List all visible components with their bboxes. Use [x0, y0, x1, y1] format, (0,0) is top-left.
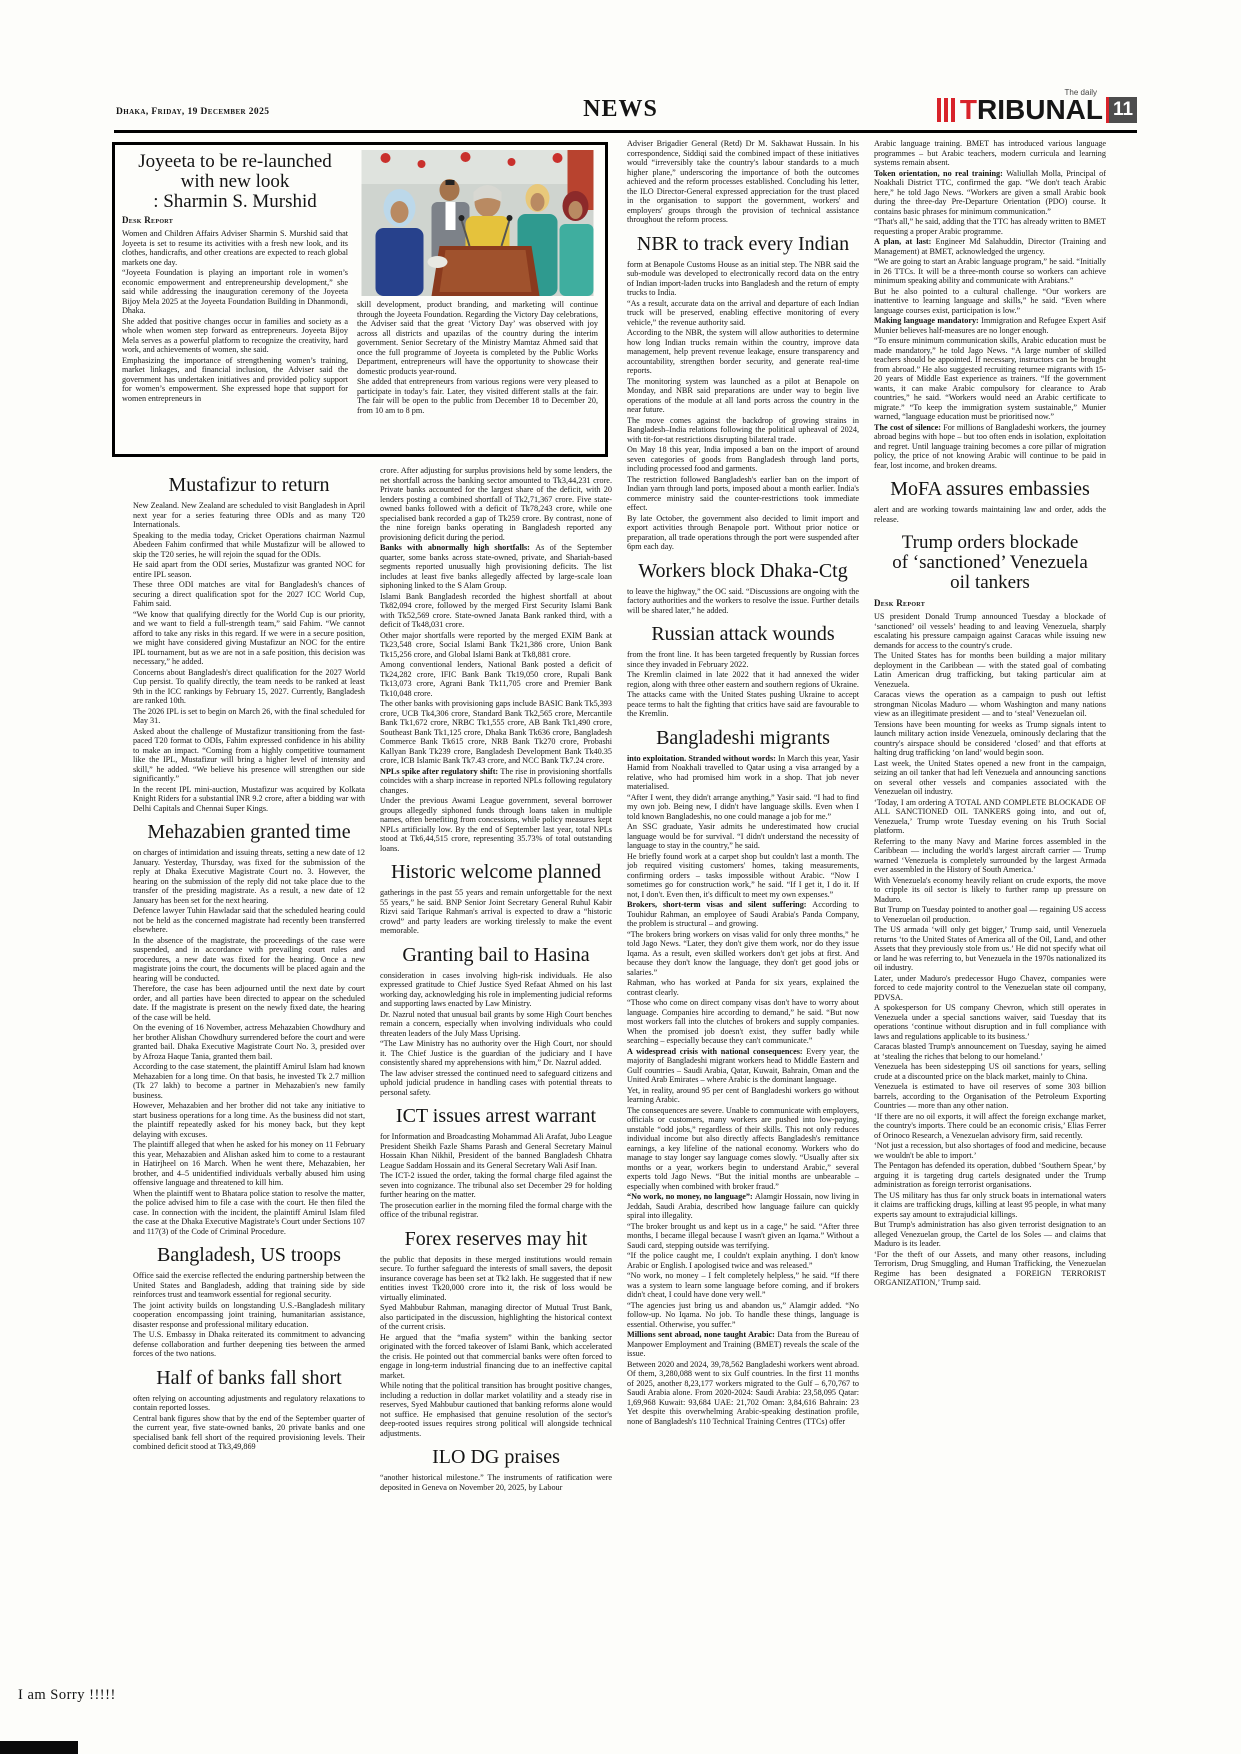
brand-name: TRIBUNAL: [960, 97, 1103, 123]
paragraph: Dr. Nazrul noted that unusual bail grant…: [380, 1010, 612, 1039]
paragraph: Under the previous Awami League governme…: [380, 796, 612, 853]
content-grid: Joyeeta to be re-launched with new look …: [133, 139, 1109, 1496]
paragraph: ‘If there are no oil exports, it will af…: [874, 1112, 1106, 1141]
paragraph: Referring to the many Navy and Marine fo…: [874, 837, 1106, 875]
paragraph: Brokers, short-term visas and silent suf…: [627, 900, 859, 929]
ilo-dg-body: “another historical milestone.” The inst…: [380, 1473, 612, 1492]
paragraph: gatherings in the past 55 years and rema…: [380, 888, 612, 936]
paragraph: When the plaintiff went to Bhatara polic…: [133, 1189, 365, 1237]
paragraph: He briefly found work at a carpet shop b…: [627, 852, 859, 900]
paragraph: The cost of silence: For millions of Ban…: [874, 423, 1106, 471]
migrants-headline: Bangladeshi migrants: [631, 728, 855, 749]
paragraph: form at Benapole Customs House as an ini…: [627, 260, 859, 298]
paragraph: “No work, no money, no language”: Alamgi…: [627, 1192, 859, 1221]
ilo-cont-body: Adviser Brigadier General (Retd) Dr M. S…: [627, 139, 859, 225]
paragraph: A spokesperson for US company Chevron, w…: [874, 1003, 1106, 1041]
paragraph: ‘Not just a recession, but also shortage…: [874, 1141, 1106, 1160]
workers-block-headline: Workers block Dhaka-Ctg: [631, 561, 855, 582]
article-ilo-continuation: Adviser Brigadier General (Retd) Dr M. S…: [627, 139, 859, 225]
paragraph: Islami Bank Bangladesh recorded the high…: [380, 592, 612, 630]
joyeeta-event-photo: [357, 150, 598, 296]
article-us-troops: Bangladesh, US troops Office said the ex…: [133, 1245, 365, 1359]
paragraph: The attacks came with the United States …: [627, 690, 859, 719]
nbr-body: form at Benapole Customs House as an ini…: [627, 260, 859, 552]
paragraph: Among conventional lenders, National Ban…: [380, 660, 612, 698]
paragraph: The other banks with provisioning gaps i…: [380, 699, 612, 766]
mofa-headline: MoFA assures embassies: [878, 479, 1102, 500]
paragraph: Tensions have been mounting for weeks as…: [874, 720, 1106, 758]
paragraph: Arabic language training. BMET has intro…: [874, 139, 1106, 168]
historic-welcome-body: gatherings in the past 55 years and rema…: [380, 888, 612, 936]
russian-attack-body: from the front line. It has been targete…: [627, 650, 859, 719]
ict-warrant-body: for Information and Broadcasting Mohamma…: [380, 1132, 612, 1220]
paragraph: Making language mandatory: Immigration a…: [874, 316, 1106, 335]
paragraph: According to the case statement, the pla…: [133, 1062, 365, 1100]
paragraph: While noting that the political transiti…: [380, 1381, 612, 1438]
paragraph: Yet, in reality, around 95 per cent of B…: [627, 1086, 859, 1105]
paragraph: The monitoring system was launched as a …: [627, 377, 859, 415]
paragraph: Office said the exercise reflected the e…: [133, 1271, 365, 1300]
hasina-bail-headline: Granting bail to Hasina: [384, 945, 608, 966]
paragraph: By late October, the government also dec…: [627, 514, 859, 552]
workers-block-body: to leave the highway,” the OC said. “Dis…: [627, 587, 859, 616]
paragraph: According to the NBR, the system will al…: [627, 328, 859, 376]
article-russian-attack: Russian attack wounds from the front lin…: [627, 624, 859, 719]
paragraph: “After I went, they didn't arrange anyth…: [627, 793, 859, 822]
arabic-cont-body: Arabic language training. BMET has intro…: [874, 139, 1106, 470]
paragraph: into exploitation. Stranded without word…: [627, 754, 859, 792]
joyeeta-body-left: Women and Children Affairs Adviser Sharm…: [122, 229, 348, 403]
russian-attack-headline: Russian attack wounds: [631, 624, 855, 645]
paragraph: With Venezuela's economy heavily reliant…: [874, 876, 1106, 905]
paragraph: Between 2020 and 2024, 39,78,562 Banglad…: [627, 1360, 859, 1427]
paragraph: from the front line. It has been targete…: [627, 650, 859, 669]
ilo-dg-headline: ILO DG praises: [384, 1447, 608, 1468]
paragraph: The plaintiff alleged that when he asked…: [133, 1140, 365, 1188]
column-4: Arabic language training. BMET has intro…: [874, 139, 1106, 1496]
mustafizur-headline: Mustafizur to return: [137, 475, 361, 496]
paragraph: The Kremlin claimed in late 2022 that it…: [627, 670, 859, 689]
newspaper-page: Dhaka, Friday, 19 December 2025 NEWS The…: [0, 0, 1241, 1754]
article-arabic-continuation: Arabic language training. BMET has intro…: [874, 139, 1106, 470]
paragraph: NPLs spike after regulatory shift: The r…: [380, 767, 612, 796]
paragraph: “No work, no money – I felt completely h…: [627, 1271, 859, 1300]
article-banks-short: Half of banks fall short often relying o…: [133, 1368, 365, 1452]
migrants-body: into exploitation. Stranded without word…: [627, 754, 859, 1427]
page-number-badge: 11: [1106, 97, 1137, 123]
ict-warrant-headline: ICT issues arrest warrant: [384, 1106, 608, 1127]
column-3: Adviser Brigadier General (Retd) Dr M. S…: [627, 139, 859, 1496]
paragraph: Therefore, the case has been adjourned u…: [133, 984, 365, 1022]
article-joyeeta-left: Joyeeta to be re-launched with new look …: [122, 150, 348, 449]
paragraph: for Information and Broadcasting Mohamma…: [380, 1132, 612, 1170]
banks-cont-body: crore. After adjusting for surplus provi…: [380, 466, 612, 853]
banks-short-body: often relying on accounting adjustments …: [133, 1394, 365, 1452]
paragraph: On the evening of 16 November, actress M…: [133, 1023, 365, 1061]
historic-welcome-headline: Historic welcome planned: [384, 862, 608, 883]
paragraph: Asked about the challenge of Mustafizur …: [133, 727, 365, 784]
article-ict-warrant: ICT issues arrest warrant for Informatio…: [380, 1106, 612, 1220]
paragraph: Defence lawyer Tuhin Hawladar said that …: [133, 906, 365, 935]
paragraph: Women and Children Affairs Adviser Sharm…: [122, 229, 348, 267]
paragraph: However, Mehazabien and her brother did …: [133, 1101, 365, 1139]
paragraph: The Pentagon has defended its operation,…: [874, 1161, 1106, 1190]
paragraph: An SSC graduate, Yasir admits he underes…: [627, 822, 859, 851]
joyeeta-headline: Joyeeta to be re-launched with new look …: [122, 152, 348, 212]
brand-stripe-icon: [937, 98, 957, 122]
paragraph: on charges of intimidation and issuing t…: [133, 848, 365, 905]
paragraph: Caracas views the operation as a campaig…: [874, 690, 1106, 719]
paragraph: “To ensure minimum communication skills,…: [874, 336, 1106, 422]
paragraph: “Those who come on direct company visas …: [627, 998, 859, 1046]
article-hasina-bail: Granting bail to Hasina consideration in…: [380, 945, 612, 1098]
forex-headline: Forex reserves may hit: [384, 1229, 608, 1250]
paragraph: The restriction followed Bangladesh's ea…: [627, 475, 859, 513]
paragraph: But he also pointed to a cultural challe…: [874, 287, 1106, 316]
paragraph: Concerns about Bangladesh's direct quali…: [133, 668, 365, 706]
paragraph: These three ODI matches are vital for Ba…: [133, 580, 365, 609]
paragraph: Venezuela has been sidestepping US oil s…: [874, 1062, 1106, 1081]
paragraph: In the recent IPL mini-auction, Mustafiz…: [133, 785, 365, 814]
banks-short-headline: Half of banks fall short: [137, 1368, 361, 1389]
paragraph: The US military has thus far only struck…: [874, 1191, 1106, 1220]
paragraph: The United States has for months been bu…: [874, 651, 1106, 689]
paragraph: consideration in cases involving high-ri…: [380, 971, 612, 1009]
paragraph: The ICT-2 issued the order, taking the f…: [380, 1171, 612, 1200]
paragraph: Adviser Brigadier General (Retd) Dr M. S…: [627, 139, 859, 225]
paragraph: But Trump on Tuesday pointed to another …: [874, 905, 1106, 924]
handwritten-apology-note: I am Sorry !!!!!: [18, 1687, 116, 1704]
paragraph: “We are going to start an Arabic languag…: [874, 257, 1106, 286]
paragraph: Syed Mahbubur Rahman, managing director …: [380, 1303, 612, 1332]
ink-mark: [0, 1741, 78, 1754]
paragraph: Last week, the United States opened a ne…: [874, 759, 1106, 797]
us-troops-headline: Bangladesh, US troops: [137, 1245, 361, 1266]
trump-byline: Desk Report: [874, 598, 1106, 608]
paragraph: alert and are working towards maintainin…: [874, 505, 1106, 524]
mustafizur-body: New Zealand. New Zealand are scheduled t…: [133, 501, 365, 813]
nbr-headline: NBR to track every Indian: [631, 234, 855, 255]
paragraph: Token orientation, no real training: Wal…: [874, 169, 1106, 217]
paragraph: “The brokers bring workers on visas vali…: [627, 930, 859, 978]
joyeeta-byline: Desk Report: [122, 215, 348, 225]
paragraph: A plan, at last: Engineer Md Salahuddin,…: [874, 237, 1106, 256]
paragraph: Other major shortfalls were reported by …: [380, 631, 612, 660]
paragraph: ‘Today, I am ordering A TOTAL AND COMPLE…: [874, 798, 1106, 836]
forex-body: the public that deposits in these merged…: [380, 1255, 612, 1439]
paragraph: skill development, product branding, and…: [357, 300, 598, 376]
paragraph: He said apart from the ODI series, Musta…: [133, 560, 365, 579]
paragraph: Banks with abnormally high shortfalls: A…: [380, 543, 612, 591]
paragraph: Later, under Maduro's predecessor Hugo C…: [874, 974, 1106, 1003]
paragraph: “As a result, accurate data on the arriv…: [627, 299, 859, 328]
joyeeta-body-right: skill development, product branding, and…: [357, 300, 598, 415]
paragraph: ‘For the theft of our Assets, and many o…: [874, 1250, 1106, 1288]
paragraph: “That's all,” he said, adding that the T…: [874, 217, 1106, 236]
paragraph: The prosecution earlier in the morning f…: [380, 1201, 612, 1220]
paragraph: He argued that the “mafia system” within…: [380, 1333, 612, 1381]
article-forex: Forex reserves may hit the public that d…: [380, 1229, 612, 1439]
paragraph: “If the police caught me, I couldn't exp…: [627, 1251, 859, 1270]
paragraph: But Trump's administration has also give…: [874, 1220, 1106, 1249]
hasina-bail-body: consideration in cases involving high-ri…: [380, 971, 612, 1098]
article-mofa: MoFA assures embassies alert and are wor…: [874, 479, 1106, 524]
article-mustafizur: Mustafizur to return New Zealand. New Ze…: [133, 475, 365, 813]
paragraph: “The broker brought us and kept us in a …: [627, 1222, 859, 1251]
article-joyeeta-box: Joyeeta to be re-launched with new look …: [112, 142, 608, 457]
paragraph: often relying on accounting adjustments …: [133, 1394, 365, 1413]
paragraph: Venezuela is estimated to have oil reser…: [874, 1082, 1106, 1111]
brand-logo: The daily TRIBUNAL 11: [937, 88, 1137, 123]
paragraph: The consequences are severe. Unable to c…: [627, 1106, 859, 1192]
article-nbr: NBR to track every Indian form at Benapo…: [627, 234, 859, 552]
paragraph: Central bank figures show that by the en…: [133, 1414, 365, 1452]
paragraph: The joint activity builds on longstandin…: [133, 1301, 365, 1330]
paragraph: “The agencies just bring us and abandon …: [627, 1301, 859, 1330]
paragraph: “Joyeeta Foundation is playing an import…: [122, 268, 348, 316]
mehazabien-headline: Mehazabien granted time: [137, 822, 361, 843]
paragraph: She added that entrepreneurs from variou…: [357, 377, 598, 415]
article-banks-continuation: crore. After adjusting for surplus provi…: [380, 466, 612, 853]
paragraph: Rahman, who has worked at Panda for six …: [627, 978, 859, 997]
article-joyeeta-right: skill development, product branding, and…: [357, 150, 598, 449]
paragraph: the public that deposits in these merged…: [380, 1255, 612, 1303]
article-workers-block: Workers block Dhaka-Ctg to leave the hig…: [627, 561, 859, 616]
us-troops-body: Office said the exercise reflected the e…: [133, 1271, 365, 1359]
paragraph: Caracas blasted Trump's announcement on …: [874, 1042, 1106, 1061]
masthead-rule: [114, 130, 1137, 133]
mofa-body: alert and are working towards maintainin…: [874, 505, 1106, 524]
paragraph: Emphasizing the importance of strengthen…: [122, 356, 348, 404]
mehazabien-body: on charges of intimidation and issuing t…: [133, 848, 365, 1236]
paragraph: “The Law Ministry has no authority over …: [380, 1039, 612, 1068]
paragraph: The US armada ‘will only get bigger,’ Tr…: [874, 925, 1106, 973]
paragraph: “another historical milestone.” The inst…: [380, 1473, 612, 1492]
paragraph: crore. After adjusting for surplus provi…: [380, 466, 612, 542]
paragraph: Speaking to the media today, Cricket Ope…: [133, 531, 365, 560]
paragraph: The U.S. Embassy in Dhaka reiterated its…: [133, 1330, 365, 1359]
paragraph: to leave the highway,” the OC said. “Dis…: [627, 587, 859, 616]
paragraph: New Zealand. New Zealand are scheduled t…: [133, 501, 365, 530]
trump-blockade-headline: Trump orders blockade of ‘sanctioned’ Ve…: [878, 533, 1102, 593]
paragraph: Millions sent abroad, none taught Arabic…: [627, 1330, 859, 1359]
paragraph: The law adviser stressed the continued n…: [380, 1069, 612, 1098]
paragraph: In the absence of the magistrate, the pr…: [133, 936, 365, 984]
paragraph: The move comes against the backdrop of g…: [627, 416, 859, 445]
trump-blockade-body: US president Donald Trump announced Tues…: [874, 612, 1106, 1288]
article-migrants: Bangladeshi migrants into exploitation. …: [627, 728, 859, 1427]
article-ilo-dg: ILO DG praises “another historical miles…: [380, 1447, 612, 1492]
paragraph: On May 18 this year, India imposed a ban…: [627, 445, 859, 474]
paragraph: The 2026 IPL is set to begin on March 26…: [133, 707, 365, 726]
paragraph: “We know that qualifying directly for th…: [133, 610, 365, 667]
article-mehazabien: Mehazabien granted time on charges of in…: [133, 822, 365, 1236]
paragraph: US president Donald Trump announced Tues…: [874, 612, 1106, 650]
article-trump-blockade: Trump orders blockade of ‘sanctioned’ Ve…: [874, 533, 1106, 1288]
article-historic-welcome: Historic welcome planned gatherings in t…: [380, 862, 612, 936]
paragraph: She added that positive changes occur in…: [122, 317, 348, 355]
paragraph: A widespread crisis with national conseq…: [627, 1047, 859, 1085]
